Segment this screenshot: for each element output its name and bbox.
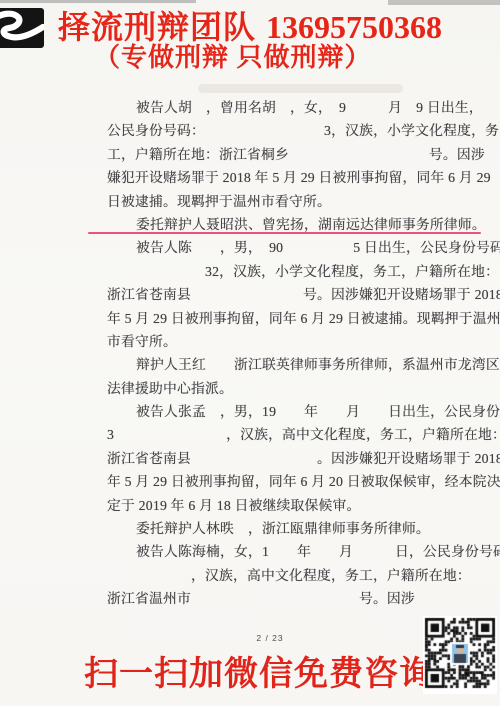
- page-indicator: 2 / 23: [248, 633, 292, 643]
- document-line: 被告人胡 ，曾用名胡 ，女， 9 月 9 日出生，: [107, 96, 475, 119]
- document-line: 年 5 月 29 日被刑事拘留，同年 6 月 29 日被逮捕。现羁押于温州: [107, 307, 475, 330]
- scan-smudge: [198, 84, 403, 93]
- document-line: 被告人张孟 ，男，19 年 月 日出生，公民身份号码：: [107, 400, 475, 423]
- document-line: 浙江省温州市 号。因涉: [107, 587, 475, 610]
- document-line: 公民身份号码： 3，汉族，小学文化程度，务: [107, 119, 475, 142]
- document-line: 辩护人王红 浙江联英律师事务所律师，系温州市龙湾区: [107, 353, 475, 376]
- zeliu-brand-logo-icon: [0, 8, 44, 50]
- document-line: 委托辩护人林昳 ，浙江瓯鼎律师事务所律师。: [107, 517, 475, 540]
- wechat-cta-text: 扫一扫加微信免费咨询: [84, 646, 434, 695]
- document-text-block: 被告人胡 ，曾用名胡 ，女， 9 月 9 日出生，公民身份号码： 3，汉族，小学…: [107, 96, 475, 611]
- document-line: 浙江省苍南县 号。因涉嫌犯开设赌场罪于 2018: [107, 283, 475, 306]
- document-line: 年 5 月 29 日被刑事拘留，同年 6 月 20 日被取保候审，经本院决: [107, 470, 475, 493]
- document-line: 定于 2019 年 6 月 18 日被继续取保候审。: [107, 494, 475, 517]
- document-line: 日被逮捕。现羁押于温州市看守所。: [107, 190, 475, 213]
- document-line: 市看守所。: [107, 330, 475, 353]
- document-line: 被告人陈海楠，女，1 年 月 日，公民身份号码：: [107, 540, 475, 563]
- document-line: 浙江省苍南县 。因涉嫌犯开设赌场罪于 2018: [107, 447, 475, 470]
- document-line: 3 ，汉族，高中文化程度，务工，户籍所在地：: [107, 423, 475, 446]
- document-line: 32，汉族，小学文化程度，务工，户籍所在地：: [107, 260, 475, 283]
- document-line: 法律援助中心指派。: [107, 377, 475, 400]
- wechat-qr-code-icon: [423, 616, 497, 694]
- document-line: 嫌犯开设赌场罪于 2018 年 5 月 29 日被刑事拘留，同年 6 月 29: [107, 166, 475, 189]
- document-line: ，汉族，高中文化程度，务工，户籍所在地：: [107, 564, 475, 587]
- document-line: 工，户籍所在地：浙江省桐乡 号。因涉: [107, 143, 475, 166]
- document-line: 被告人陈 ，男， 90 5 日出生，公民身份号码：: [107, 236, 475, 259]
- header-subtitle: （专做刑辩 只做刑辩）: [94, 37, 372, 74]
- document-line: 委托辩护人聂昭洪、曾宪扬，湖南远达律师事务所律师。: [107, 213, 475, 236]
- scanned-court-document-page: { "page": { "background": "#f7f6f3", "wi…: [0, 0, 500, 706]
